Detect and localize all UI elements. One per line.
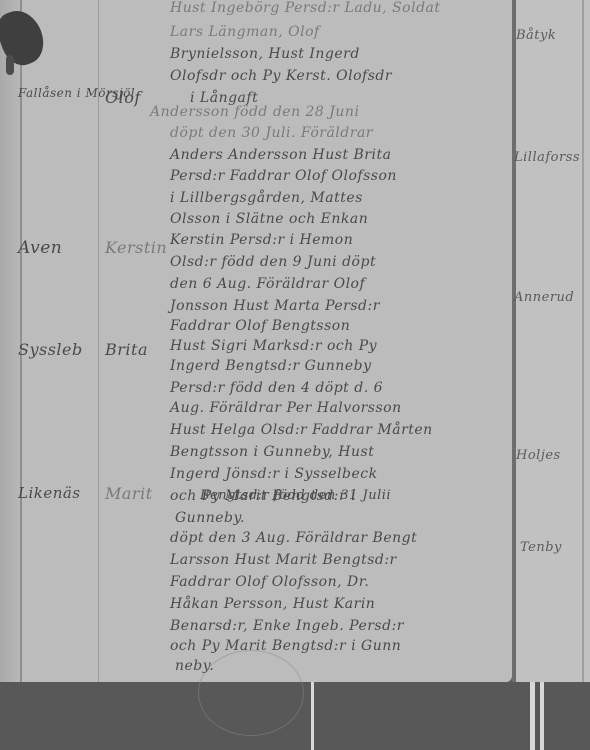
entry-2-line: Olsd:r född den 9 Juni döpt xyxy=(170,254,376,270)
entry-1-line: Kerstin Persd:r i Hemon xyxy=(170,232,353,248)
entry-2-name: Kerstin xyxy=(105,238,167,257)
entry-3-place: Syssleb xyxy=(18,340,83,359)
binding-seam xyxy=(311,682,314,750)
entry-1-line: Olofsdr och Py Kerst. Olofsdr xyxy=(170,68,392,84)
entry-4-line: Benarsd:r, Enke Ingeb. Persd:r xyxy=(170,618,404,634)
entry-3-line: Aug. Föräldrar Per Halvorsson xyxy=(170,400,402,416)
entry-3-right-margin: Holjes xyxy=(516,448,561,463)
entry-1-line: i Lillbergsgården, Mattes xyxy=(170,190,363,206)
right-margin-column xyxy=(512,0,590,690)
entry-4-line: Larsson Hust Marit Bengtsd:r xyxy=(170,552,397,568)
entry-1-line: Brynielsson, Hust Ingerd xyxy=(170,46,360,62)
entry-4-place: Likenäs xyxy=(18,484,81,502)
entry-4-name: Marit xyxy=(105,484,153,503)
entry-1-line: Persd:r Faddrar Olof Olofsson xyxy=(170,168,397,184)
binding-edge-2 xyxy=(540,682,544,750)
entry-3-line: Gunneby. xyxy=(175,510,245,526)
entry-2-line: Jonsson Hust Marta Persd:r xyxy=(170,298,380,314)
right-margin-rule xyxy=(582,0,584,690)
entry-3-line: Bengtsson i Gunneby, Hust xyxy=(170,444,374,460)
ink-blot-tail xyxy=(6,55,14,75)
entry-1-line: Anders Andersson Hust Brita xyxy=(170,147,391,163)
entry-1-line: Olsson i Slätne och Enkan xyxy=(170,211,368,227)
entry-2-line: den 6 Aug. Föräldrar Olof xyxy=(170,276,365,292)
entry-1-line: Lars Längman, Olof xyxy=(170,24,320,40)
entry-3-line: Ingerd Jönsd:r i Sysselbeck xyxy=(170,466,378,482)
entry-2-right-margin: Annerud xyxy=(514,290,574,305)
entry-4-line: döpt den 3 Aug. Föräldrar Bengt xyxy=(170,530,417,546)
entry-3-line: Hust Helga Olsd:r Faddrar Mårten xyxy=(170,422,433,438)
entry-1-right-margin: Båtyk xyxy=(516,28,556,43)
entry-4-line: Håkan Persson, Hust Karin xyxy=(170,596,375,612)
entry-3-name: Brita xyxy=(105,340,148,359)
entry-2-line: Hust Sigri Marksd:r och Py xyxy=(170,338,377,354)
entry-4-line: Faddrar Olof Olofsson, Dr. xyxy=(170,574,369,590)
entry-3-line: Persd:r född den 4 döpt d. 6 xyxy=(170,380,383,396)
entry-2-place: Aven xyxy=(18,238,62,258)
binding-edge xyxy=(530,682,535,750)
entry-1-name: Olof xyxy=(105,88,141,107)
entry-4-right-margin: Tenby xyxy=(520,540,562,555)
entry-4-line: Bengtsd:r född den 31 Julii xyxy=(200,488,391,503)
entry-4-line: och Py Marit Bengtsd:r i Gunn xyxy=(170,638,401,654)
entry-2-line: Faddrar Olof Bengtsson xyxy=(170,318,350,334)
entry-1-line: döpt den 30 Juli. Föräldrar xyxy=(170,125,373,141)
entry-1-line: Hust Ingebörg Persd:r Ladu, Soldat xyxy=(170,0,441,16)
margin-rule-left xyxy=(98,0,99,682)
entry-1-right-margin-2: Lillaforss xyxy=(514,150,580,165)
faint-stamp xyxy=(198,650,304,736)
entry-1-line: Andersson född den 28 Juni xyxy=(150,104,359,120)
entry-2-line: Ingerd Bengtsd:r Gunneby xyxy=(170,358,371,374)
